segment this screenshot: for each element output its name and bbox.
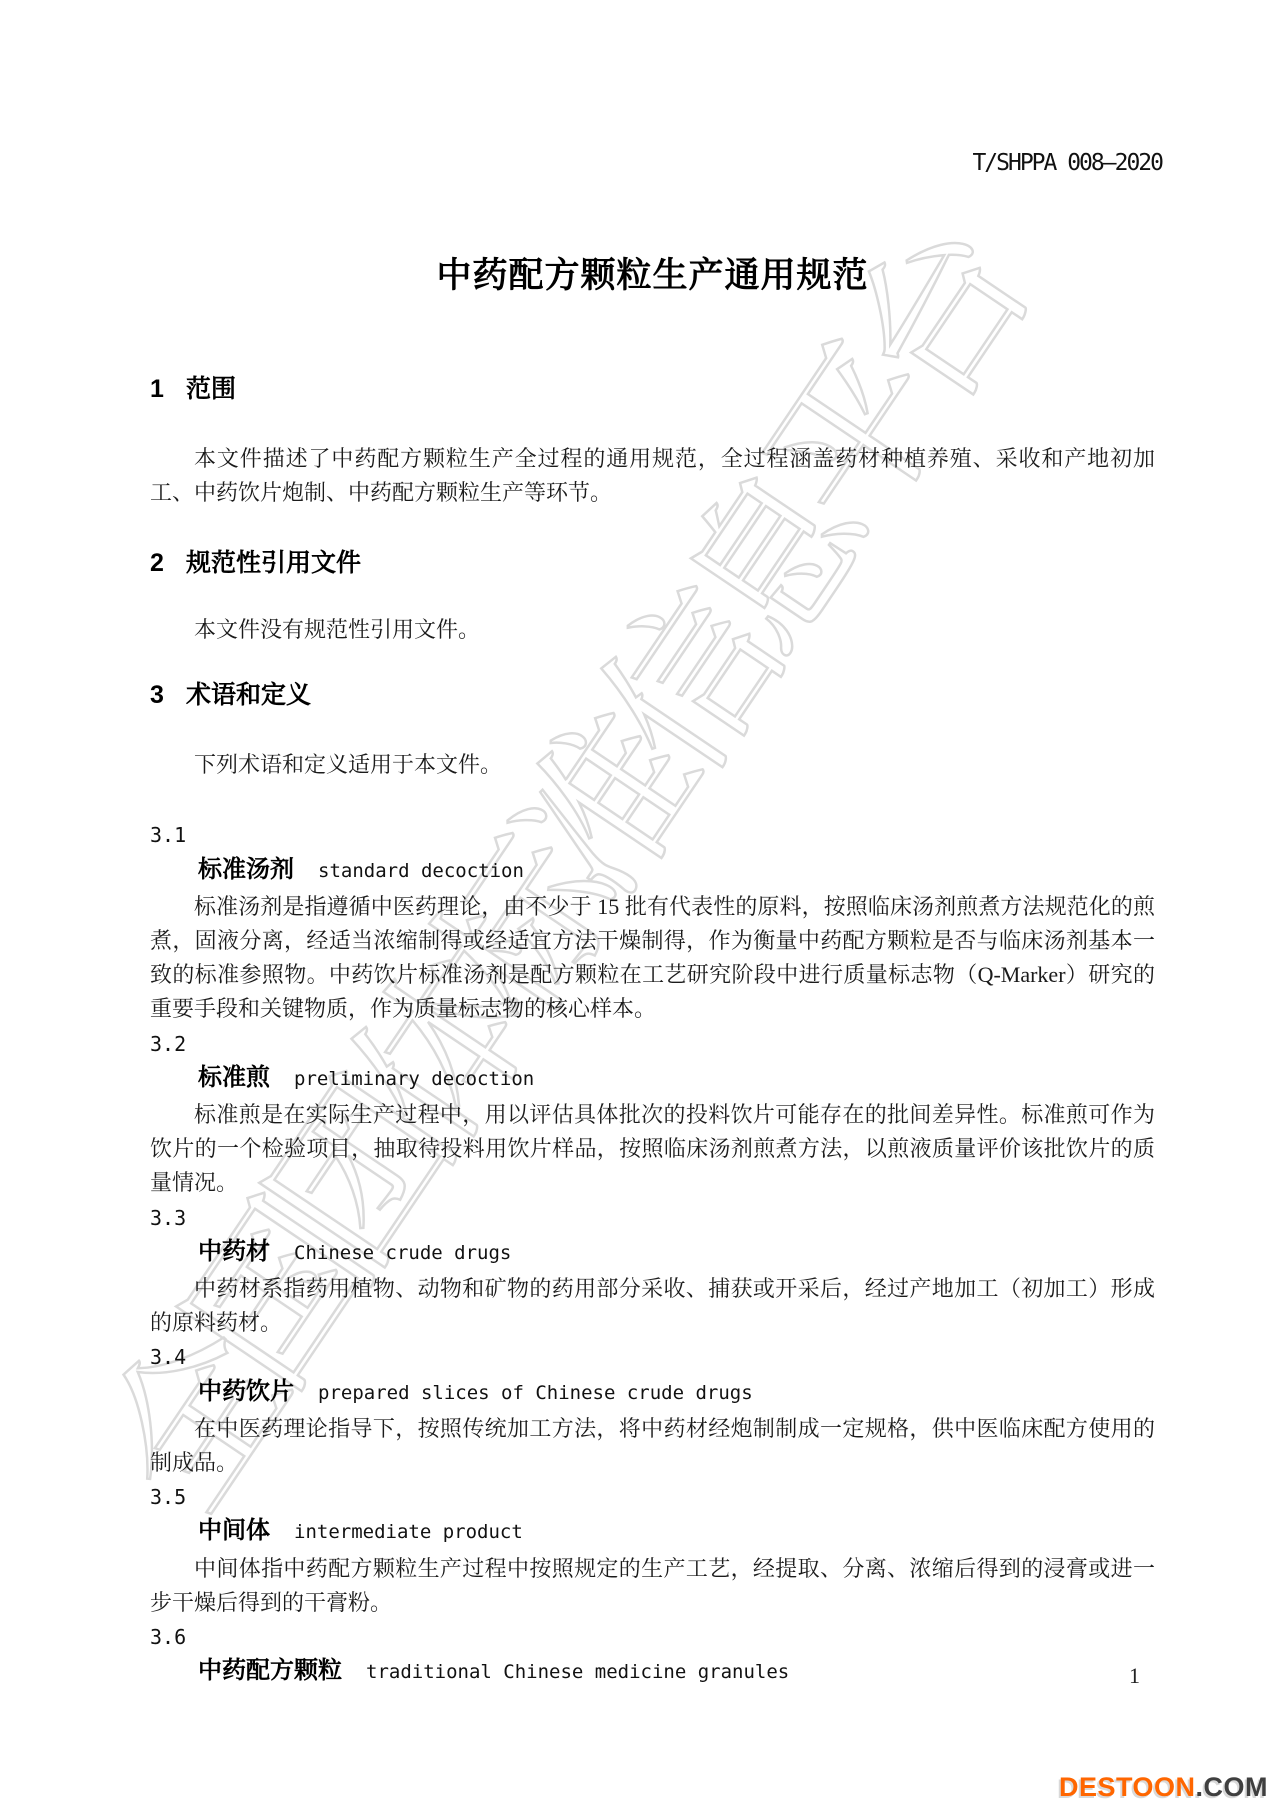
term-definition: 中药材系指药用植物、动物和矿物的药用部分采收、捕获或开采后，经过产地加工（初加工… (150, 1272, 1155, 1340)
clause-number: 3.3 (150, 1201, 1155, 1235)
term-name-zh: 中药饮片 (198, 1378, 294, 1405)
section-heading-text: 术语和定义 (186, 681, 311, 709)
section-paragraph: 下列术语和定义适用于本文件。 (150, 748, 1155, 782)
term-name-en: standard decoction (318, 860, 524, 882)
term-name-en: preliminary decoction (294, 1068, 534, 1090)
term-name-en: prepared slices of Chinese crude drugs (318, 1382, 753, 1404)
section-paragraph: 本文件没有规范性引用文件。 (150, 613, 1155, 647)
section-number: 2 (150, 546, 168, 580)
destoon-logo-link[interactable]: DESTOON.COM (1059, 1772, 1268, 1803)
term-definition: 中间体指中药配方颗粒生产过程中按照规定的生产工艺，经提取、分离、浓缩后得到的浸膏… (150, 1552, 1155, 1620)
term-name-zh: 中间体 (198, 1517, 270, 1544)
clause-number: 3.6 (150, 1620, 1155, 1654)
section-number: 1 (150, 372, 168, 406)
document-content: 中药配方颗粒生产通用规范 1范围 本文件描述了中药配方颗粒生产全过程的通用规范，… (150, 0, 1155, 1692)
section-heading-text: 规范性引用文件 (186, 549, 361, 577)
clause-number: 3.2 (150, 1027, 1155, 1061)
term-line: 标准煎preliminary decoction (150, 1061, 1155, 1098)
term-line: 中间体intermediate product (150, 1514, 1155, 1551)
destoon-logo-tld: .COM (1196, 1772, 1269, 1802)
section-heading-normative-references: 2规范性引用文件 (150, 546, 1155, 580)
page-title: 中药配方颗粒生产通用规范 (150, 253, 1155, 299)
term-block: 3.2 标准煎preliminary decoction 标准煎是在实际生产过程… (150, 1027, 1155, 1201)
section-heading-text: 范围 (186, 375, 236, 403)
term-block: 3.1 标准汤剂standard decoction 标准汤剂是指遵循中医药理论… (150, 818, 1155, 1026)
term-block: 3.6 中药配方颗粒traditional Chinese medicine g… (150, 1620, 1155, 1691)
term-name-en: traditional Chinese medicine granules (366, 1661, 789, 1683)
term-name-zh: 中药材 (198, 1238, 270, 1265)
term-name-zh: 中药配方颗粒 (198, 1657, 342, 1684)
term-line: 中药饮片prepared slices of Chinese crude dru… (150, 1375, 1155, 1412)
term-definition: 标准煎是在实际生产过程中，用以评估具体批次的投料饮片可能存在的批间差异性。标准煎… (150, 1098, 1155, 1201)
clause-number: 3.5 (150, 1480, 1155, 1514)
term-definition: 在中医药理论指导下，按照传统加工方法，将中药材经炮制制成一定规格，供中医临床配方… (150, 1412, 1155, 1480)
term-line: 标准汤剂standard decoction (150, 853, 1155, 890)
term-name-en: Chinese crude drugs (294, 1242, 511, 1264)
section-number: 3 (150, 678, 168, 712)
section-heading-scope: 1范围 (150, 372, 1155, 406)
clause-number: 3.4 (150, 1340, 1155, 1374)
term-block: 3.3 中药材Chinese crude drugs 中药材系指药用植物、动物和… (150, 1201, 1155, 1341)
term-block: 3.4 中药饮片prepared slices of Chinese crude… (150, 1340, 1155, 1480)
page-number: 1 (1129, 1663, 1140, 1689)
document-page: 全国团体标准信息平台 T/SHPPA 008—2020 中药配方颗粒生产通用规范… (0, 0, 1280, 1810)
standard-code: T/SHPPA 008—2020 (972, 150, 1162, 176)
term-name-en: intermediate product (294, 1521, 523, 1543)
destoon-logo-name: DESTOON (1059, 1772, 1196, 1802)
term-name-zh: 标准汤剂 (198, 856, 294, 883)
section-heading-terms-definitions: 3术语和定义 (150, 678, 1155, 712)
terms-list: 3.1 标准汤剂standard decoction 标准汤剂是指遵循中医药理论… (150, 818, 1155, 1691)
clause-number: 3.1 (150, 818, 1155, 852)
term-line: 中药材Chinese crude drugs (150, 1235, 1155, 1272)
term-name-zh: 标准煎 (198, 1064, 270, 1091)
term-block: 3.5 中间体intermediate product 中间体指中药配方颗粒生产… (150, 1480, 1155, 1620)
section-paragraph: 本文件描述了中药配方颗粒生产全过程的通用规范，全过程涵盖药材种植养殖、采收和产地… (150, 442, 1155, 510)
term-definition: 标准汤剂是指遵循中医药理论，由不少于 15 批有代表性的原料，按照临床汤剂煎煮方… (150, 890, 1155, 1027)
term-line: 中药配方颗粒traditional Chinese medicine granu… (150, 1654, 1155, 1691)
